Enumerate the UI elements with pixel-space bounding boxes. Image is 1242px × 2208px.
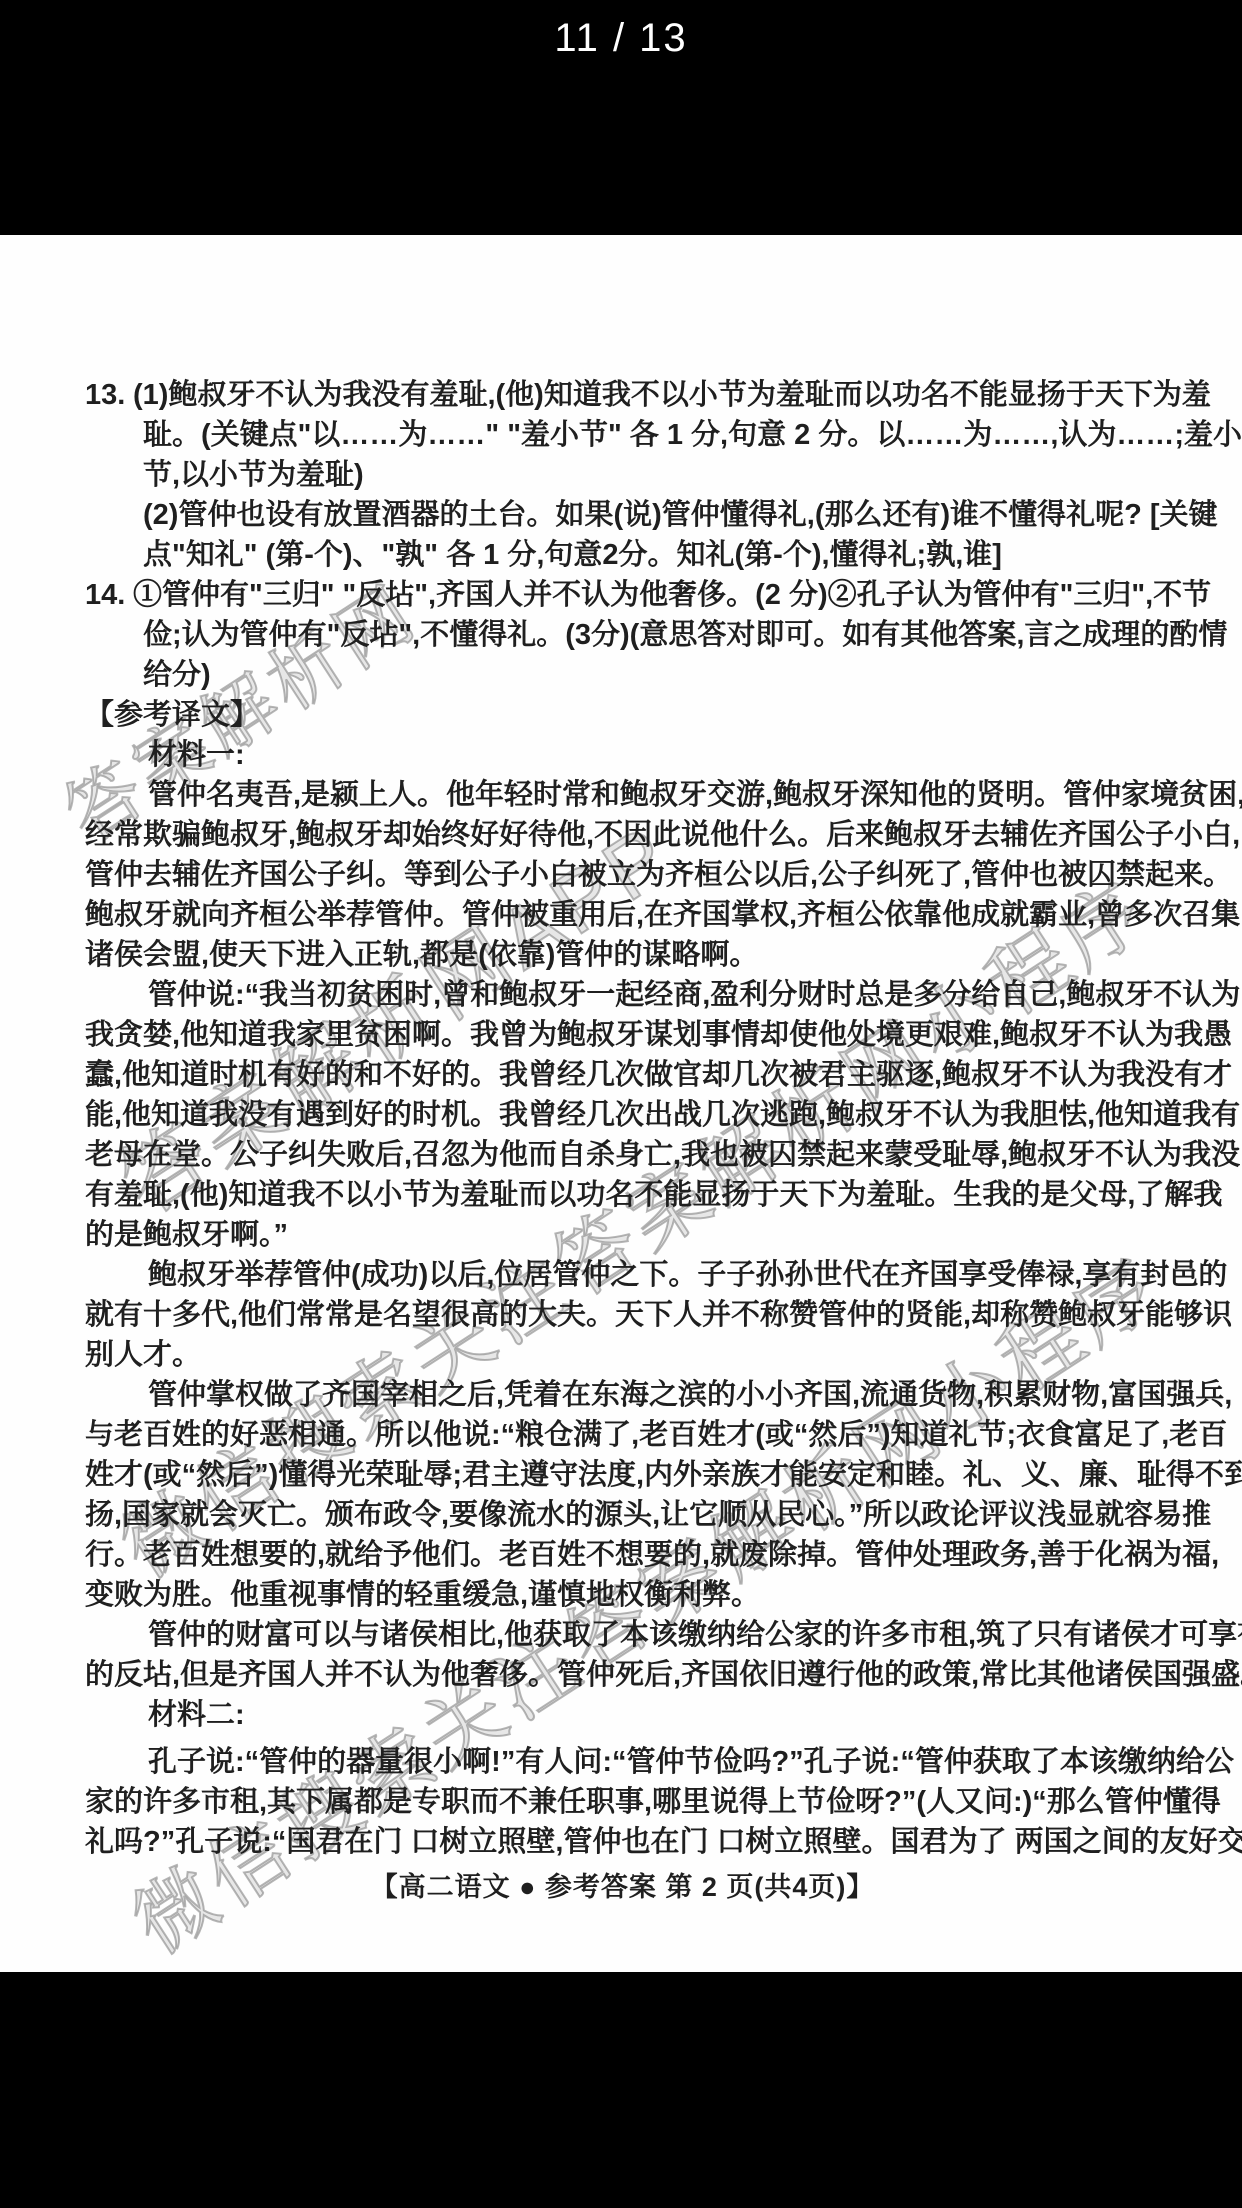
- line-text: 就有十多代,他们常常是名望很高的大夫。天下人并不称赞管仲的贤能,却称赞鲍叔牙能够…: [85, 1299, 1232, 1331]
- text-line: 材料二:: [85, 1695, 1160, 1735]
- document-page: 答案解析网答案解析网APP微信搜索关注答案解析网小程序微信搜索关注答案解析网小程…: [0, 235, 1242, 1972]
- text-line: 家的许多市租,其下属都是专职而不兼任职事,哪里说得上节俭呀?”(人又问:)“那么…: [85, 1782, 1160, 1822]
- text-line: 蠢,他知道时机有好的和不好的。我曾经几次做官却几次被君主驱逐,鲍叔牙不认为我没有…: [85, 1055, 1160, 1095]
- text-line: 的是鲍叔牙啊。”: [85, 1215, 1160, 1255]
- line-text: 扬,国家就会灭亡。颁布政令,要像流水的源头,让它顺从民心。”所以政论评议浅显就容…: [85, 1499, 1211, 1531]
- line-text: 的是鲍叔牙啊。”: [85, 1219, 288, 1251]
- line-text: 姓才(或“然后”)懂得光荣耻辱;君主遵守法度,内外亲族才能安定和睦。礼、义、廉、…: [85, 1459, 1242, 1491]
- text-line: 的反坫,但是齐国人并不认为他奢侈。管仲死后,齐国依旧遵行他的政策,常比其他诸侯国…: [85, 1655, 1160, 1695]
- line-text: 管仲掌权做了齐国宰相之后,凭着在东海之滨的小小齐国,流通货物,积累财物,富国强兵…: [148, 1379, 1232, 1411]
- line-text: 材料一:: [148, 739, 245, 771]
- text-line: (2)管仲也设有放置酒器的土台。如果(说)管仲懂得礼,(那么还有)谁不懂得礼呢?…: [85, 495, 1160, 535]
- text-line: 管仲的财富可以与诸侯相比,他获取了本该缴纳给公家的许多市租,筑了只有诸侯才可享有: [85, 1615, 1160, 1655]
- page-footer: 【高二语文 ● 参考答案 第 2 页(共4页)】: [85, 1867, 1160, 1907]
- line-text: 管仲去辅佐齐国公子纠。等到公子小白被立为齐桓公以后,公子纠死了,管仲也被囚禁起来…: [85, 859, 1232, 891]
- text-line: 与老百姓的好恶相通。所以他说:“粮仓满了,老百姓才(或“然后”)知道礼节;衣食富…: [85, 1415, 1160, 1455]
- text-line: 能,他知道我没有遇到好的时机。我曾经几次出战几次逃跑,鲍叔牙不认为我胆怯,他知道…: [85, 1095, 1160, 1135]
- text-line: 俭;认为管仲有"反坫",不懂得礼。(3分)(意思答对即可。如有其他答案,言之成理…: [85, 615, 1160, 655]
- line-text: 点"知礼" (第-个)、"孰" 各 1 分,句意2分。知礼(第-个),懂得礼;孰…: [143, 539, 1002, 571]
- line-text: 俭;认为管仲有"反坫",不懂得礼。(3分)(意思答对即可。如有其他答案,言之成理…: [143, 619, 1227, 651]
- text-line: 鲍叔牙举荐管仲(成功)以后,位居管仲之下。子子孙孙世代在齐国享受俸禄,享有封邑的: [85, 1255, 1160, 1295]
- line-text: 给分): [143, 659, 211, 691]
- line-text: 鲍叔牙就向齐桓公举荐管仲。管仲被重用后,在齐国掌权,齐桓公依靠他成就霸业,曾多次…: [85, 899, 1240, 931]
- line-text: 管仲的财富可以与诸侯相比,他获取了本该缴纳给公家的许多市租,筑了只有诸侯才可享有: [148, 1619, 1242, 1651]
- line-text: 材料二:: [148, 1699, 245, 1731]
- text-line: 扬,国家就会灭亡。颁布政令,要像流水的源头,让它顺从民心。”所以政论评议浅显就容…: [85, 1495, 1160, 1535]
- line-text: (1)鲍叔牙不认为我没有羞耻,(他)知道我不以小节为羞耻而以功名不能显扬于天下为…: [133, 379, 1211, 411]
- line-text: 孔子说:“管仲的器量很小啊!”有人问:“管仲节俭吗?”孔子说:“管仲获取了本该缴…: [148, 1746, 1234, 1778]
- text-line: 诸侯会盟,使天下进入正轨,都是(依靠)管仲的谋略啊。: [85, 935, 1160, 975]
- line-text: (2)管仲也设有放置酒器的土台。如果(说)管仲懂得礼,(那么还有)谁不懂得礼呢?…: [143, 499, 1218, 531]
- text-line: 鲍叔牙就向齐桓公举荐管仲。管仲被重用后,在齐国掌权,齐桓公依靠他成就霸业,曾多次…: [85, 895, 1160, 935]
- text-line: 就有十多代,他们常常是名望很高的大夫。天下人并不称赞管仲的贤能,却称赞鲍叔牙能够…: [85, 1295, 1160, 1335]
- text-line: 老母在堂。公子纠失败后,召忽为他而自杀身亡,我也被囚禁起来蒙受耻辱,鲍叔牙不认为…: [85, 1135, 1160, 1175]
- document-content: 13.(1)鲍叔牙不认为我没有羞耻,(他)知道我不以小节为羞耻而以功名不能显扬于…: [0, 235, 1242, 1907]
- text-line: 管仲说:“我当初贫困时,曾和鲍叔牙一起经商,盈利分财时总是多分给自己,鲍叔牙不认…: [85, 975, 1160, 1015]
- text-line: 13.(1)鲍叔牙不认为我没有羞耻,(他)知道我不以小节为羞耻而以功名不能显扬于…: [85, 375, 1160, 415]
- text-line: 别人才。: [85, 1335, 1160, 1375]
- text-line: 管仲名夷吾,是颍上人。他年轻时常和鲍叔牙交游,鲍叔牙深知他的贤明。管仲家境贫困,: [85, 775, 1160, 815]
- line-text: 的反坫,但是齐国人并不认为他奢侈。管仲死后,齐国依旧遵行他的政策,常比其他诸侯国…: [85, 1659, 1242, 1691]
- text-line: 管仲去辅佐齐国公子纠。等到公子小白被立为齐桓公以后,公子纠死了,管仲也被囚禁起来…: [85, 855, 1160, 895]
- line-text: 鲍叔牙举荐管仲(成功)以后,位居管仲之下。子子孙孙世代在齐国享受俸禄,享有封邑的: [148, 1259, 1227, 1291]
- text-line: 经常欺骗鲍叔牙,鲍叔牙却始终好好待他,不因此说他什么。后来鲍叔牙去辅佐齐国公子小…: [85, 815, 1160, 855]
- line-text: 节,以小节为羞耻): [143, 459, 364, 491]
- line-text: 能,他知道我没有遇到好的时机。我曾经几次出战几次逃跑,鲍叔牙不认为我胆怯,他知道…: [85, 1099, 1240, 1131]
- text-line: 【参考译文】: [85, 695, 1160, 735]
- viewer-screen: 11 / 13 答案解析网答案解析网APP微信搜索关注答案解析网小程序微信搜索关…: [0, 0, 1242, 2208]
- line-text: 老母在堂。公子纠失败后,召忽为他而自杀身亡,我也被囚禁起来蒙受耻辱,鲍叔牙不认为…: [85, 1139, 1240, 1171]
- text-line: 有羞耻,(他)知道我不以小节为羞耻而以功名不能显扬于天下为羞耻。生我的是父母,了…: [85, 1175, 1160, 1215]
- line-text: 变败为胜。他重视事情的轻重缓急,谨慎地权衡利弊。: [85, 1579, 760, 1611]
- line-text: 经常欺骗鲍叔牙,鲍叔牙却始终好好待他,不因此说他什么。后来鲍叔牙去辅佐齐国公子小…: [85, 819, 1240, 851]
- text-line: 我贪婪,他知道我家里贫困啊。我曾为鲍叔牙谋划事情却使他处境更艰难,鲍叔牙不认为我…: [85, 1015, 1160, 1055]
- text-line: 耻。(关键点"以……为……" "羞小节" 各 1 分,句意 2 分。以……为………: [85, 415, 1160, 455]
- line-text: 蠢,他知道时机有好的和不好的。我曾经几次做官却几次被君主驱逐,鲍叔牙不认为我没有…: [85, 1059, 1232, 1091]
- text-line: 变败为胜。他重视事情的轻重缓急,谨慎地权衡利弊。: [85, 1575, 1160, 1615]
- line-text: ①管仲有"三归" "反坫",齐国人并不认为他奢侈。(2 分)②孔子认为管仲有"三…: [133, 579, 1211, 611]
- text-line: 给分): [85, 655, 1160, 695]
- page-indicator: 11 / 13: [0, 16, 1242, 61]
- line-text: 耻。(关键点"以……为……" "羞小节" 各 1 分,句意 2 分。以……为………: [143, 419, 1242, 451]
- line-text: 诸侯会盟,使天下进入正轨,都是(依靠)管仲的谋略啊。: [85, 939, 758, 971]
- line-text: 别人才。: [85, 1339, 201, 1371]
- text-line: 孔子说:“管仲的器量很小啊!”有人问:“管仲节俭吗?”孔子说:“管仲获取了本该缴…: [85, 1742, 1160, 1782]
- text-line: 点"知礼" (第-个)、"孰" 各 1 分,句意2分。知礼(第-个),懂得礼;孰…: [85, 535, 1160, 575]
- line-text: 行。老百姓想要的,就给予他们。老百姓不想要的,就废除掉。管仲处理政务,善于化祸为…: [85, 1539, 1219, 1571]
- bottom-letterbox: [0, 1972, 1242, 2208]
- item-number: 13.: [85, 375, 125, 415]
- line-text: 与老百姓的好恶相通。所以他说:“粮仓满了,老百姓才(或“然后”)知道礼节;衣食富…: [85, 1419, 1227, 1451]
- item-number: 14.: [85, 575, 125, 615]
- line-text: 【参考译文】: [85, 699, 259, 731]
- line-text: 礼吗?”孔子说:“国君在门 口树立照壁,管仲也在门 口树立照壁。国君为了 两国之…: [85, 1826, 1242, 1858]
- text-line: 节,以小节为羞耻): [85, 455, 1160, 495]
- line-text: 我贪婪,他知道我家里贫困啊。我曾为鲍叔牙谋划事情却使他处境更艰难,鲍叔牙不认为我…: [85, 1019, 1232, 1051]
- line-text: 管仲说:“我当初贫困时,曾和鲍叔牙一起经商,盈利分财时总是多分给自己,鲍叔牙不认…: [148, 979, 1240, 1011]
- line-text: 家的许多市租,其下属都是专职而不兼任职事,哪里说得上节俭呀?”(人又问:)“那么…: [85, 1786, 1221, 1818]
- text-line: 礼吗?”孔子说:“国君在门 口树立照壁,管仲也在门 口树立照壁。国君为了 两国之…: [85, 1822, 1160, 1862]
- line-text: 有羞耻,(他)知道我不以小节为羞耻而以功名不能显扬于天下为羞耻。生我的是父母,了…: [85, 1179, 1222, 1211]
- top-letterbox: 11 / 13: [0, 0, 1242, 235]
- text-line: 管仲掌权做了齐国宰相之后,凭着在东海之滨的小小齐国,流通货物,积累财物,富国强兵…: [85, 1375, 1160, 1415]
- text-line: 行。老百姓想要的,就给予他们。老百姓不想要的,就废除掉。管仲处理政务,善于化祸为…: [85, 1535, 1160, 1575]
- line-text: 管仲名夷吾,是颍上人。他年轻时常和鲍叔牙交游,鲍叔牙深知他的贤明。管仲家境贫困,: [148, 779, 1242, 811]
- text-line: 姓才(或“然后”)懂得光荣耻辱;君主遵守法度,内外亲族才能安定和睦。礼、义、廉、…: [85, 1455, 1160, 1495]
- text-lines: 13.(1)鲍叔牙不认为我没有羞耻,(他)知道我不以小节为羞耻而以功名不能显扬于…: [85, 375, 1160, 1862]
- text-line: 材料一:: [85, 735, 1160, 775]
- text-line: 14.①管仲有"三归" "反坫",齐国人并不认为他奢侈。(2 分)②孔子认为管仲…: [85, 575, 1160, 615]
